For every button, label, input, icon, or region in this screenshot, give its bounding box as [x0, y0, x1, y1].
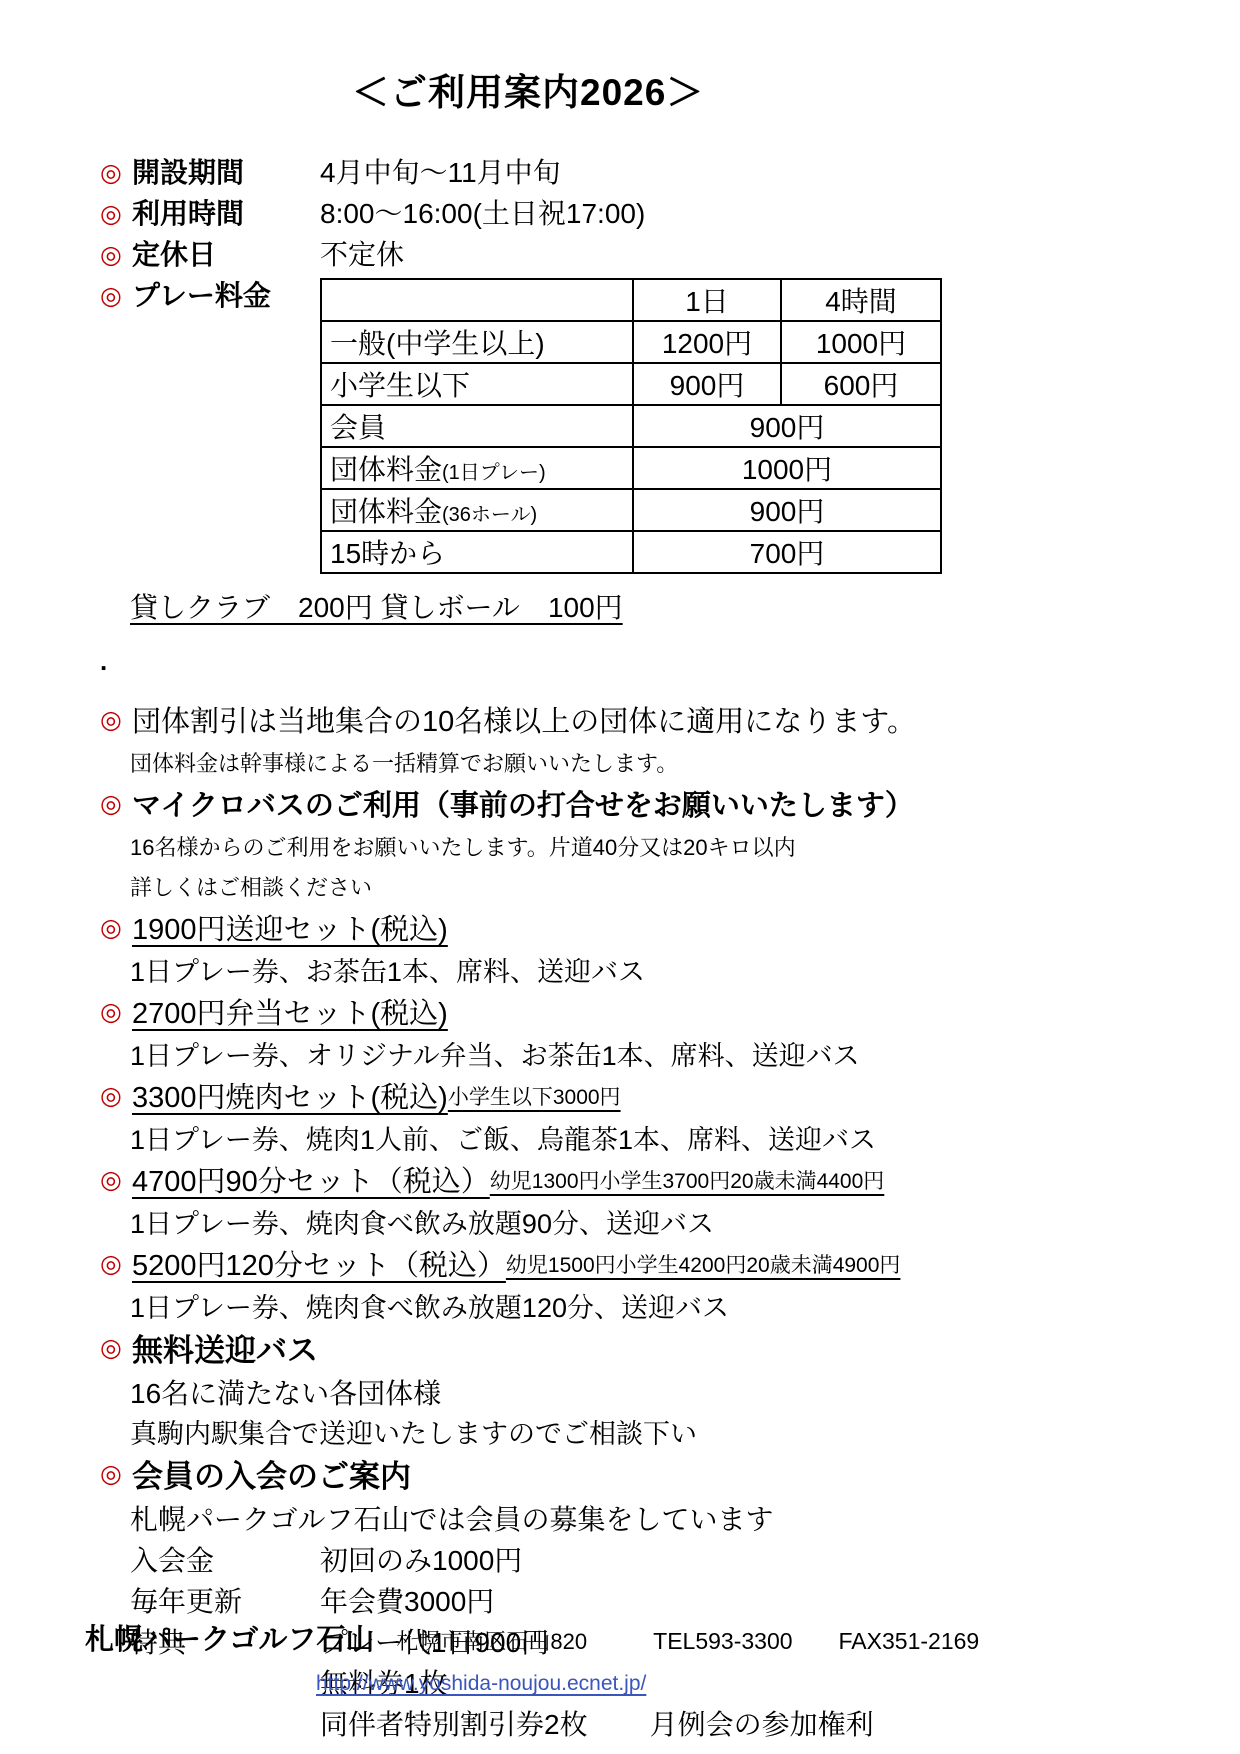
row-4hours-cell: 600円: [781, 363, 941, 405]
bullet-icon: ◎: [100, 784, 132, 824]
detail-value: 初回のみ1000円: [320, 1540, 522, 1581]
section-note: 16名様からのご利用をお願いいたします。片道40分又は20キロ以内: [130, 828, 1240, 868]
section-group-discount: ◎ 団体割引は当地集合の10名様以上の団体に適用になります。 団体料金は幹事様に…: [0, 700, 1240, 784]
section-heading: 2700円弁当セット(税込): [132, 992, 448, 1036]
row-label-suffix: (1日プレー): [442, 462, 546, 484]
bullet-icon: ◎: [100, 1160, 132, 1200]
section-note: 16名に満たない各団体様: [130, 1374, 1240, 1414]
bullet-icon: ◎: [100, 908, 132, 948]
bullet-icon: ◎: [100, 276, 132, 316]
row-label-suffix: (36ホール): [442, 504, 537, 526]
membership-detail-row: 毎年更新 年会費3000円: [130, 1581, 1240, 1622]
section-set-5200: ◎ 5200円120分セット（税込） 幼児1500円小学生4200円20歳未満4…: [0, 1244, 1240, 1328]
section-set-1900: ◎ 1900円送迎セット(税込) 1日プレー券、お茶缶1本、席料、送迎バス: [0, 908, 1240, 992]
row-label-cell: 会員: [321, 405, 633, 447]
page-title: ＜ご利用案内2026＞: [352, 62, 1240, 116]
set-contents: 1日プレー券、焼肉1人前、ご飯、烏龍茶1本、席料、送迎バス: [130, 1120, 1240, 1160]
section-set-2700: ◎ 2700円弁当セット(税込) 1日プレー券、オリジナル弁当、お茶缶1本、席料…: [0, 992, 1240, 1076]
detail-label: [130, 1704, 320, 1745]
bullet-icon: ◎: [100, 1328, 132, 1368]
section-heading-suffix: 小学生以下3000円: [448, 1076, 621, 1120]
row-label-cell: 一般(中学生以上): [321, 321, 633, 363]
section-heading: 無料送迎バス: [132, 1328, 318, 1374]
row-price-cell: 900円: [633, 405, 941, 447]
row-label-cell: 団体料金(1日プレー): [321, 447, 633, 489]
section-note: 詳しくはご相談ください: [130, 868, 1240, 908]
table-row: 会員 900円: [321, 405, 941, 447]
table-row: 団体料金(36ホール) 900円: [321, 489, 941, 531]
row-label-cell: 15時から: [321, 531, 633, 573]
table-header-row: 1日 4時間: [321, 279, 941, 321]
table-row: 15時から 700円: [321, 531, 941, 573]
table-row: 団体料金(1日プレー) 1000円: [321, 447, 941, 489]
info-value: 8:00～16:00(土日祝17:00): [320, 194, 645, 234]
fax-number: FAX351-2169: [839, 1628, 980, 1655]
bullet-icon: ◎: [100, 194, 132, 234]
section-heading: 団体割引は当地集合の10名様以上の団体に適用になります。: [132, 700, 916, 744]
membership-detail-row: 入会金 初回のみ1000円: [130, 1540, 1240, 1581]
header-day-cell: 1日: [633, 279, 781, 321]
info-label: 開設期間: [132, 153, 320, 193]
info-label: 利用時間: [132, 194, 320, 234]
section-set-3300: ◎ 3300円焼肉セット(税込) 小学生以下3000円 1日プレー券、焼肉1人前…: [0, 1076, 1240, 1160]
stray-period: .: [100, 648, 1240, 674]
row-label: 団体料金: [330, 496, 442, 527]
info-label: 定休日: [132, 235, 320, 275]
bullet-icon: ◎: [100, 700, 132, 740]
section-free-bus: ◎ 無料送迎バス 16名に満たない各団体様 真駒内駅集合で送迎いたしますのでご相…: [0, 1328, 1240, 1454]
section-heading-suffix: 幼児1500円小学生4200円20歳未満4900円: [506, 1244, 901, 1288]
row-price-cell: 1000円: [633, 447, 941, 489]
website-link[interactable]: http://www.yoshida-noujou.ecnet.jp/: [316, 1672, 646, 1695]
row-label-cell: 小学生以下: [321, 363, 633, 405]
table-row: 一般(中学生以上) 1200円 1000円: [321, 321, 941, 363]
bullet-icon: ◎: [100, 1244, 132, 1284]
row-label: 団体料金: [330, 454, 442, 485]
section-heading: 会員の入会のご案内: [132, 1454, 411, 1500]
section-heading: 1900円送迎セット(税込): [132, 908, 448, 952]
set-contents: 1日プレー券、焼肉食べ飲み放題90分、送迎バス: [130, 1204, 1240, 1244]
info-row-closed-days: ◎ 定休日 不定休: [0, 235, 1240, 275]
info-value: 4月中旬～11月中旬: [320, 153, 561, 193]
info-row-play-fee: ◎ プレー料金 1日 4時間 一般(中学生以上) 1200円 1000円 小学生…: [0, 276, 1240, 574]
bullet-icon: ◎: [100, 235, 132, 275]
bullet-icon: ◎: [100, 1454, 132, 1494]
facility-address: 札幌市南区石山820: [396, 1625, 587, 1656]
section-heading-suffix: 幼児1300円小学生3700円20歳未満4400円: [490, 1160, 885, 1204]
row-price-cell: 900円: [633, 489, 941, 531]
bullet-icon: ◎: [100, 992, 132, 1032]
set-contents: 1日プレー券、焼肉食べ飲み放題120分、送迎バス: [130, 1288, 1240, 1328]
header-4hours-cell: 4時間: [781, 279, 941, 321]
set-contents: 1日プレー券、お茶缶1本、席料、送迎バス: [130, 952, 1240, 992]
set-contents: 1日プレー券、オリジナル弁当、お茶缶1本、席料、送迎バス: [130, 1036, 1240, 1076]
section-heading: マイクロバスのご利用（事前の打合せをお願いいたします）: [132, 784, 914, 828]
section-heading: 4700円90分セット（税込）: [132, 1160, 490, 1204]
bullet-icon: ◎: [100, 1076, 132, 1116]
detail-value-2: 月例会の参加権利: [650, 1704, 874, 1745]
info-row-hours: ◎ 利用時間 8:00～16:00(土日祝17:00): [0, 194, 1240, 234]
bullet-icon: ◎: [100, 153, 132, 193]
detail-label: 毎年更新: [130, 1581, 320, 1622]
detail-label: 入会金: [130, 1540, 320, 1581]
section-note: 札幌パークゴルフ石山では会員の募集をしています: [130, 1500, 1240, 1540]
table-row: 小学生以下 900円 600円: [321, 363, 941, 405]
document-page: ＜ご利用案内2026＞ ◎ 開設期間 4月中旬～11月中旬 ◎ 利用時間 8:0…: [0, 0, 1240, 1754]
section-microbus: ◎ マイクロバスのご利用（事前の打合せをお願いいたします） 16名様からのご利用…: [0, 784, 1240, 908]
rental-equipment-note: 貸しクラブ 200円 貸しボール 100円: [130, 586, 1240, 626]
phone-number: TEL593-3300: [653, 1628, 792, 1655]
header-blank-cell: [321, 279, 633, 321]
row-label-cell: 団体料金(36ホール): [321, 489, 633, 531]
info-label: プレー料金: [132, 276, 320, 316]
price-table: 1日 4時間 一般(中学生以上) 1200円 1000円 小学生以下 900円 …: [320, 278, 942, 574]
section-set-4700: ◎ 4700円90分セット（税込） 幼児1300円小学生3700円20歳未満44…: [0, 1160, 1240, 1244]
row-day-cell: 900円: [633, 363, 781, 405]
section-note: 真駒内駅集合で送迎いたしますのでご相談下い: [130, 1414, 1240, 1454]
row-4hours-cell: 1000円: [781, 321, 941, 363]
section-membership: ◎ 会員の入会のご案内 札幌パークゴルフ石山では会員の募集をしています 入会金 …: [0, 1454, 1240, 1745]
membership-detail-row: 同伴者特別割引券2枚 月例会の参加権利: [130, 1704, 1240, 1745]
detail-value: 同伴者特別割引券2枚: [320, 1704, 588, 1745]
info-row-open-period: ◎ 開設期間 4月中旬～11月中旬: [0, 153, 1240, 193]
info-value: 不定休: [320, 235, 404, 275]
detail-value: 年会費3000円: [320, 1581, 494, 1622]
facility-name: 札幌パークゴルフ石山: [85, 1617, 374, 1658]
section-heading: 3300円焼肉セット(税込): [132, 1076, 448, 1120]
row-day-cell: 1200円: [633, 321, 781, 363]
footer: 札幌パークゴルフ石山 札幌市南区石山820 TEL593-3300 FAX351…: [0, 1617, 1240, 1696]
row-price-cell: 700円: [633, 531, 941, 573]
section-heading: 5200円120分セット（税込）: [132, 1244, 506, 1288]
section-note: 団体料金は幹事様による一括精算でお願いいたします。: [130, 744, 1240, 784]
